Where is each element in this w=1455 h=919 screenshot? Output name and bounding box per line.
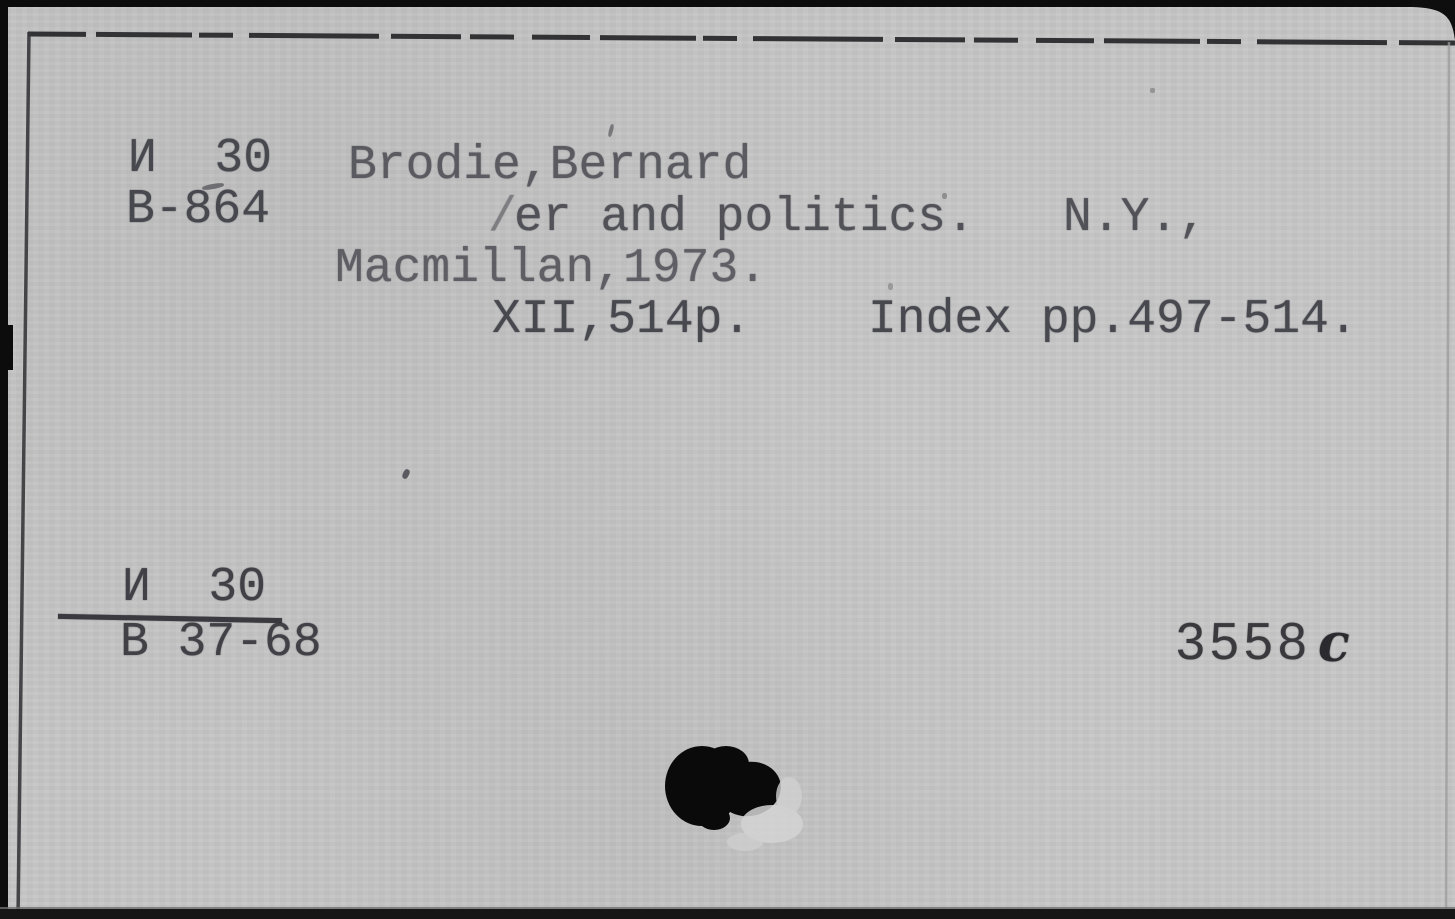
entry-imprint: Macmillan,1973. — [335, 245, 767, 293]
catalog-card-scan: И 30 B-864 Brodie,Bernard / er and polit… — [0, 0, 1455, 919]
call-number-class: И 30 — [128, 135, 272, 183]
scan-edge-nub — [0, 325, 13, 370]
entry-author: Brodie,Bernard — [348, 142, 751, 190]
noise-speck — [1150, 88, 1155, 93]
card-rule-left — [18, 32, 29, 919]
card-rule-top — [28, 34, 1455, 43]
entry-index-note: Index pp.497-514. — [868, 296, 1358, 344]
entry-place: N.Y., — [1063, 194, 1207, 242]
entry-title: er and politics. — [514, 194, 975, 242]
card-corner-top-right — [1412, 0, 1455, 40]
accession-number: 3558 — [1176, 616, 1312, 668]
noise-speck — [401, 468, 411, 480]
entry-title-faded-remnant: / — [488, 194, 517, 242]
noise-speck — [607, 124, 614, 138]
scan-edge-bottom — [0, 909, 1455, 919]
noise-speck — [888, 283, 893, 290]
scan-edge-top — [0, 0, 1455, 7]
noise-speck — [942, 193, 947, 199]
scan-edge-left — [0, 0, 8, 919]
entry-collation: XII,514p. — [492, 296, 751, 344]
shelf-number-denominator: B 37-68 — [120, 619, 322, 667]
accession-suffix: c — [1318, 618, 1350, 670]
shelf-number-numerator: И 30 — [122, 564, 266, 612]
call-number-author-mark: B-864 — [126, 186, 270, 234]
card-edge-right — [1446, 42, 1449, 912]
